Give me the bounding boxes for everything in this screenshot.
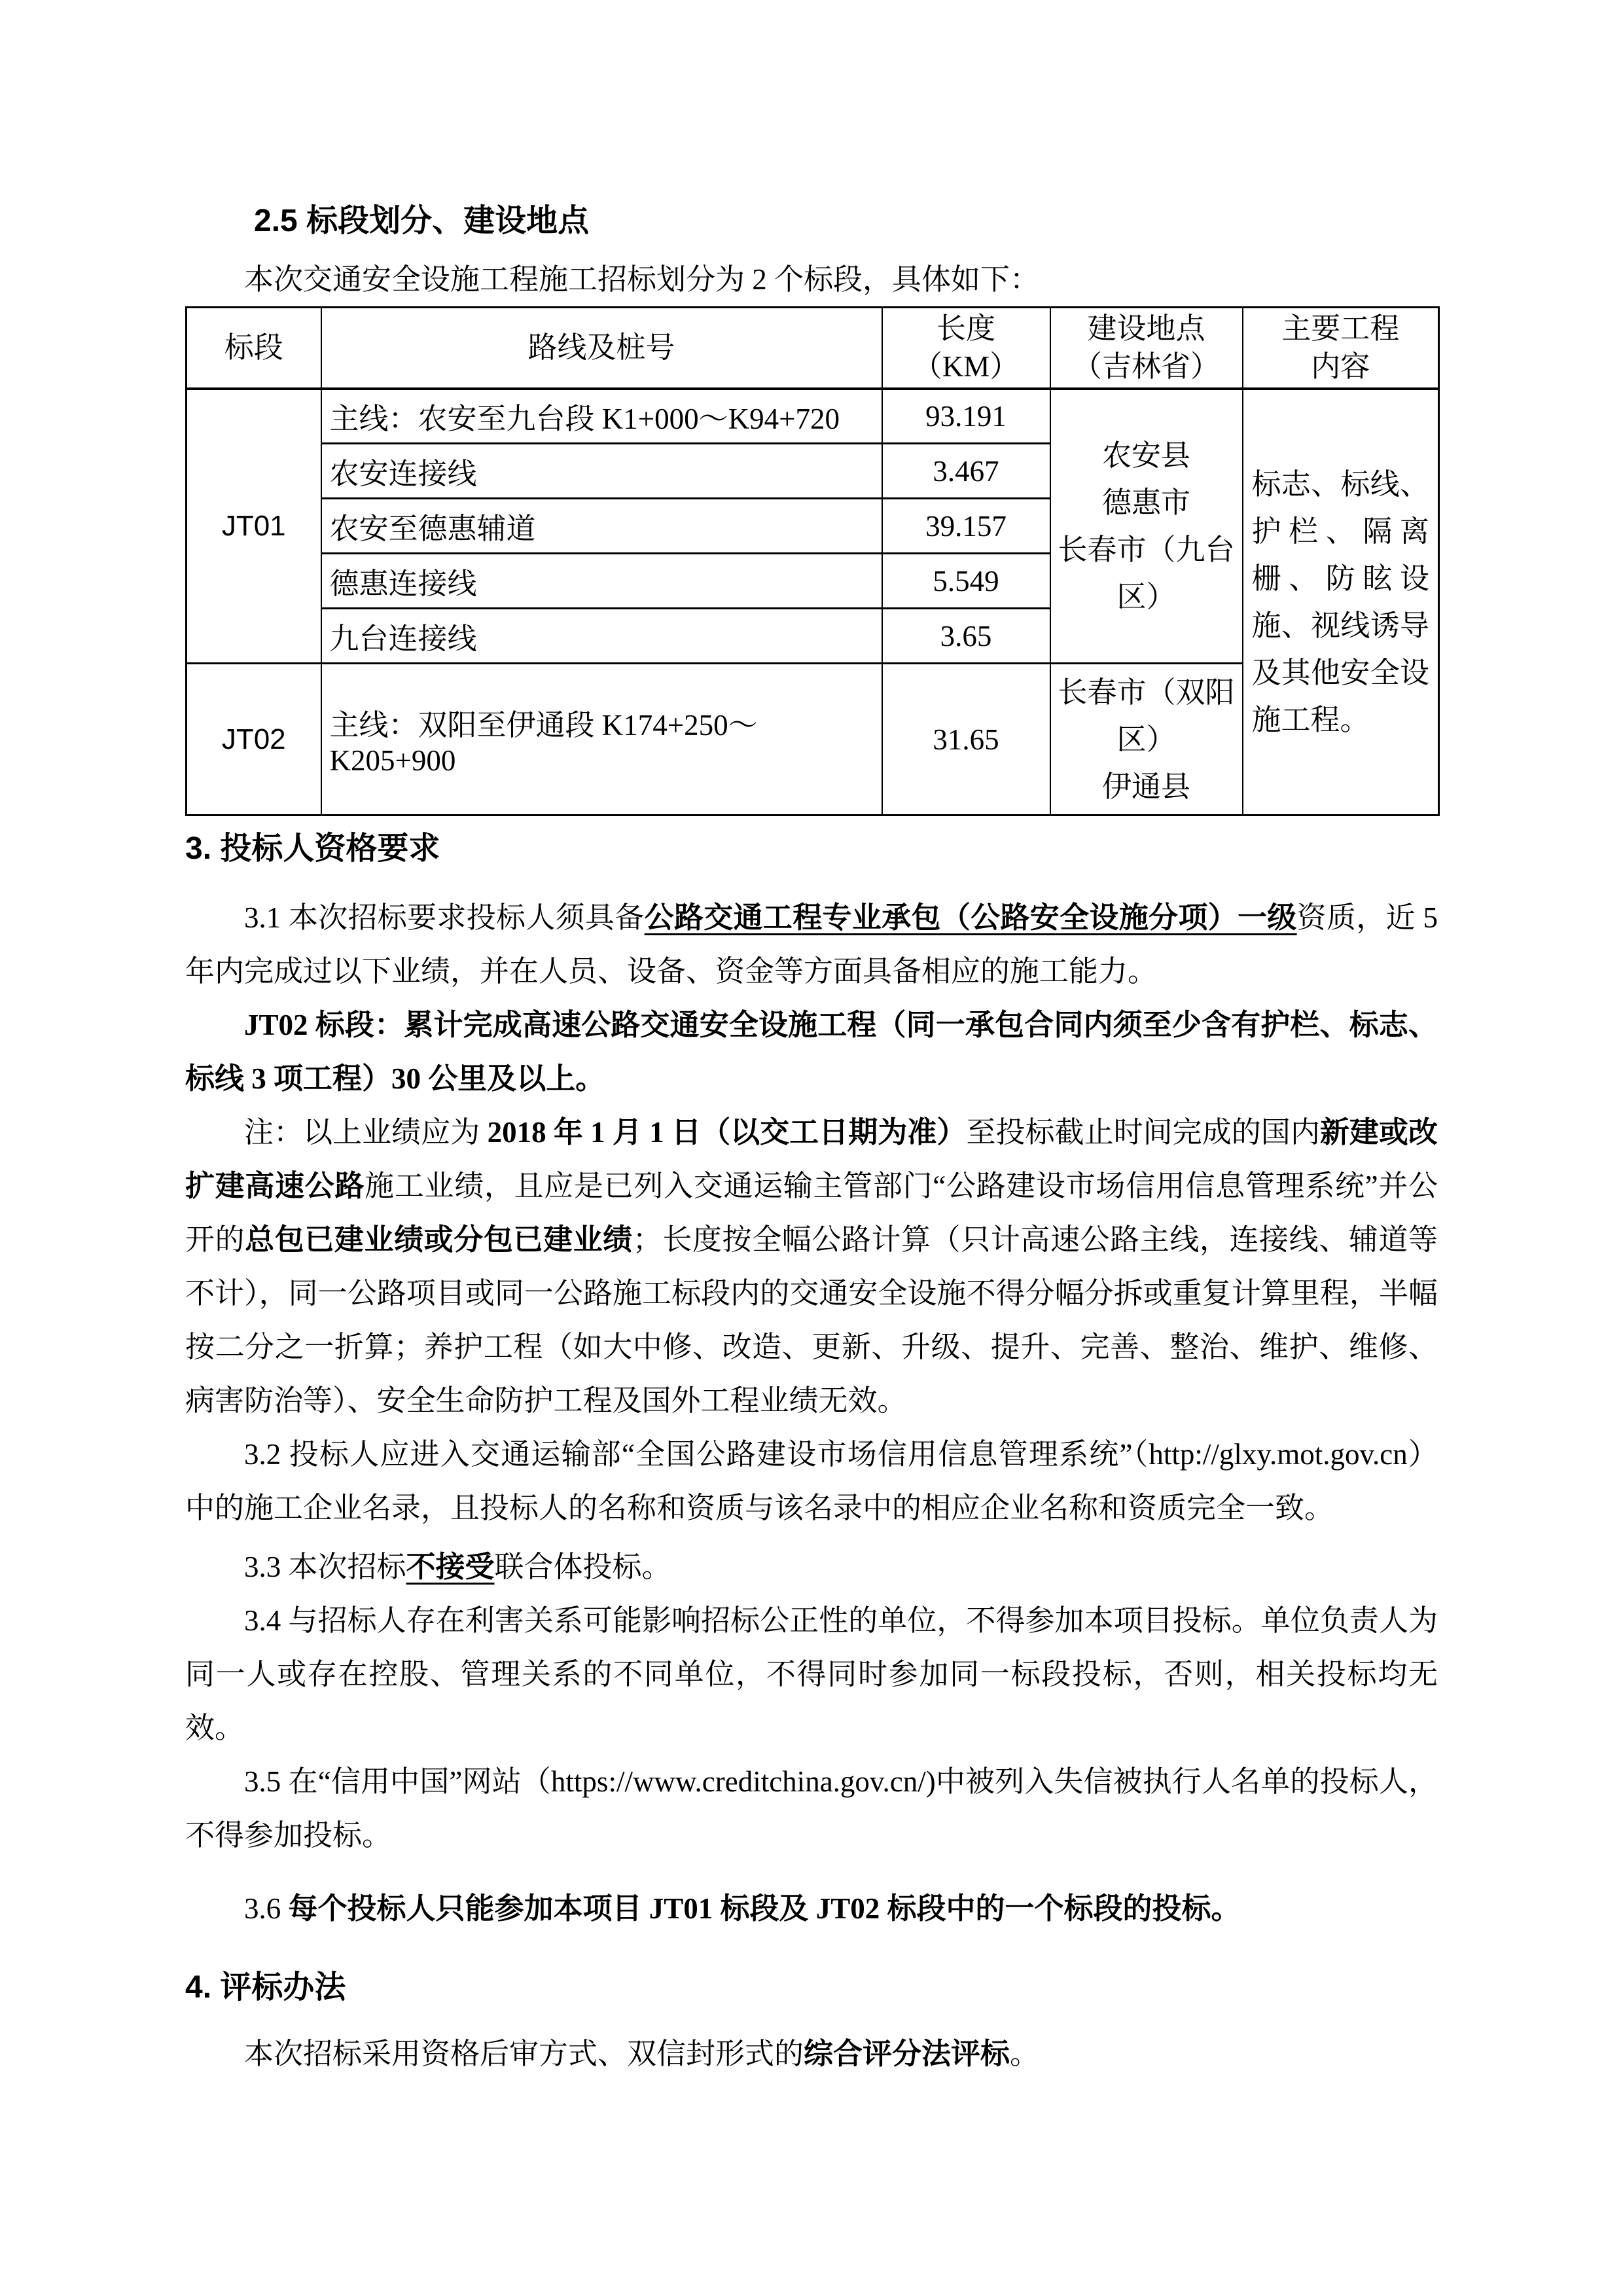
table-row: JT01 主线：农安至九台段 K1+000～K94+720 93.191 农安县… (187, 389, 1439, 444)
section-2-5-heading: 2.5 标段划分、建设地点 (254, 202, 1438, 241)
section-cell-jt02: JT02 (187, 664, 321, 816)
section-cell-jt01: JT01 (187, 389, 321, 664)
length-cell: 39.157 (882, 499, 1050, 554)
paragraph-evaluation-method: 本次招标采用资格后审方式、双信封形式的综合评分法评标。 (185, 2027, 1438, 2081)
header-main-works: 主要工程 内容 (1243, 308, 1439, 389)
header-section: 标段 (187, 308, 321, 389)
route-cell: 九台连接线 (321, 609, 882, 664)
paragraph-note: 注：以上业绩应为 2018 年 1 月 1 日（以交工日期为准）至投标截止时间完… (185, 1105, 1438, 1427)
length-cell: 3.65 (882, 609, 1050, 664)
header-length: 长度 （KM） (882, 308, 1050, 389)
paragraph-3-2: 3.2 投标人应进入交通运输部“全国公路建设市场信用信息管理系统”（http:/… (185, 1427, 1438, 1535)
paragraph-3-6: 3.6 每个投标人只能参加本项目 JT01 标段及 JT02 标段中的一个标段的… (185, 1882, 1438, 1935)
route-cell: 农安至德惠辅道 (321, 499, 882, 554)
location-cell-jt02: 长春市（双阳 区） 伊通县 (1050, 664, 1243, 816)
intro-paragraph: 本次交通安全设施工程施工招标划分为 2 个标段，具体如下： (185, 253, 1438, 306)
length-cell: 31.65 (882, 664, 1050, 816)
document-page: 2.5 标段划分、建设地点 本次交通安全设施工程施工招标划分为 2 个标段，具体… (0, 0, 1623, 2296)
section-4-heading: 4. 评标办法 (185, 1964, 1438, 2011)
page-content: 2.5 标段划分、建设地点 本次交通安全设施工程施工招标划分为 2 个标段，具体… (0, 0, 1623, 2081)
header-route: 路线及桩号 (321, 308, 882, 389)
main-works-cell: 标志、标线、护栏、隔离栅、防眩设施、视线诱导及其他安全设施工程。 (1243, 389, 1439, 816)
length-cell: 93.191 (882, 389, 1050, 444)
route-cell: 德惠连接线 (321, 554, 882, 609)
location-cell-jt01: 农安县 德惠市 长春市（九台 区） (1050, 389, 1243, 664)
bid-sections-table: 标段 路线及桩号 长度 （KM） 建设地点 （吉林省） 主要工程 内容 JT01… (185, 306, 1440, 816)
route-cell: 农安连接线 (321, 444, 882, 499)
paragraph-jt02-requirement: JT02 标段：累计完成高速公路交通安全设施工程（同一承包合同内须至少含有护栏、… (185, 998, 1438, 1105)
section-3-heading: 3. 投标人资格要求 (185, 825, 1438, 872)
length-cell: 5.549 (882, 554, 1050, 609)
route-cell: 主线：农安至九台段 K1+000～K94+720 (321, 389, 882, 444)
header-location: 建设地点 （吉林省） (1050, 308, 1243, 389)
length-cell: 3.467 (882, 444, 1050, 499)
paragraph-3-1: 3.1 本次招标要求投标人须具备公路交通工程专业承包（公路安全设施分项）一级资质… (185, 891, 1438, 998)
route-cell: 主线：双阳至伊通段 K174+250～K205+900 (321, 664, 882, 816)
paragraph-3-3: 3.3 本次招标不接受联合体投标。 (185, 1540, 1438, 1594)
paragraph-3-5: 3.5 在“信用中国”网站（https://www.creditchina.go… (185, 1755, 1438, 1862)
table-header-row: 标段 路线及桩号 长度 （KM） 建设地点 （吉林省） 主要工程 内容 (187, 308, 1439, 389)
paragraph-3-4: 3.4 与招标人存在利害关系可能影响招标公正性的单位，不得参加本项目投标。单位负… (185, 1594, 1438, 1755)
